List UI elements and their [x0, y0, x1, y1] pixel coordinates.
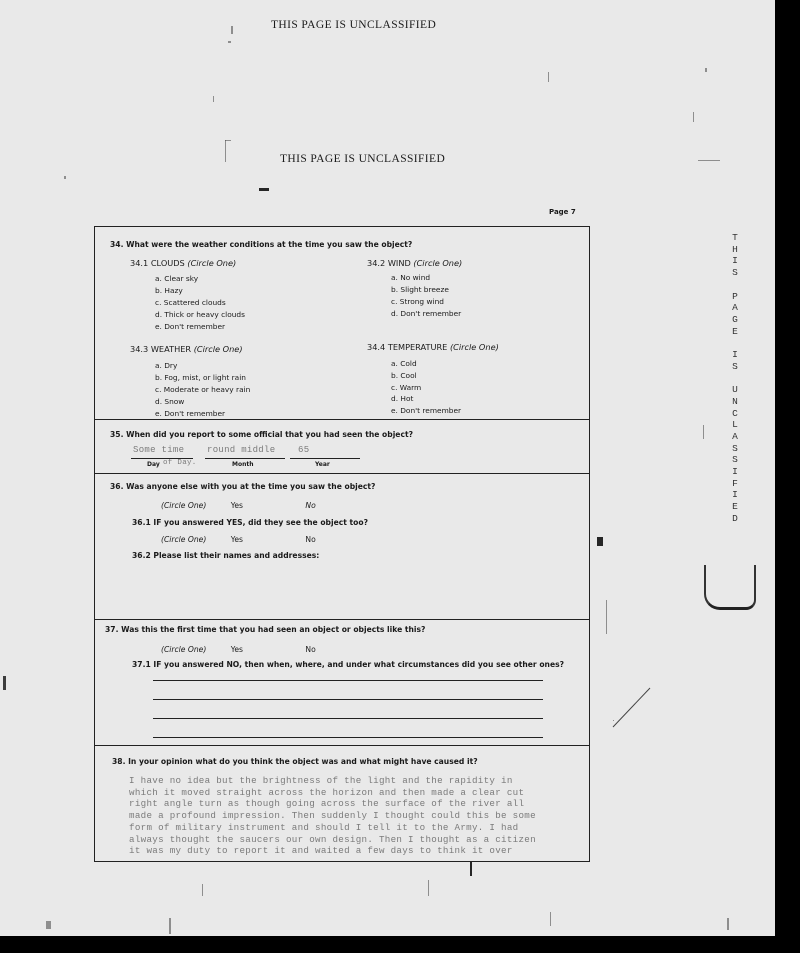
answer-line: right angle turn as though going across … — [129, 798, 536, 810]
weather-option-e[interactable]: e. Don't remember — [155, 409, 225, 418]
wind-option-c[interactable]: c. Strong wind — [391, 297, 444, 306]
weather-option-a[interactable]: a. Dry — [155, 361, 177, 370]
q37-circle-hint: (Circle One) — [161, 645, 206, 654]
q37-yes-option[interactable]: Yes — [231, 645, 243, 654]
answer-line: which it moved straight across the horiz… — [129, 787, 536, 799]
temperature-option-e[interactable]: e. Don't remember — [391, 406, 461, 415]
report-day-value[interactable]: Some time — [133, 445, 184, 455]
classification-banner-middle: THIS PAGE IS UNCLASSIFIED — [280, 153, 445, 165]
temperature-heading: 34.4 TEMPERATURE (Circle One) — [367, 342, 499, 352]
answer-line: form of military instrument and should I… — [129, 822, 536, 834]
classification-banner-top: THIS PAGE IS UNCLASSIFIED — [271, 19, 436, 31]
q36-1-answer-row: (Circle One) Yes No — [161, 535, 316, 544]
temperature-option-c[interactable]: c. Warm — [391, 383, 421, 392]
report-year-value[interactable]: 65 — [298, 445, 309, 455]
divider-34-35 — [95, 419, 589, 420]
pencil-stroke — [610, 685, 655, 730]
month-label: Month — [232, 461, 254, 468]
wind-option-b[interactable]: b. Slight breeze — [391, 285, 449, 294]
question-38: 38. In your opinion what do you think th… — [112, 757, 478, 766]
clouds-option-c[interactable]: c. Scattered clouds — [155, 298, 226, 307]
wind-heading: 34.2 WIND (Circle One) — [367, 258, 462, 268]
weather-option-b[interactable]: b. Fog, mist, or light rain — [155, 373, 246, 382]
question-37: 37. Was this the first time that you had… — [105, 625, 425, 634]
weather-option-d[interactable]: d. Snow — [155, 397, 184, 406]
divider-37-38 — [95, 745, 589, 746]
page-number: Page 7 — [549, 208, 576, 216]
day-handwritten-note: of Day. — [163, 459, 197, 467]
weather-hint: (Circle One) — [194, 344, 243, 354]
divider-36-37 — [95, 619, 589, 620]
question-34: 34. What were the weather conditions at … — [110, 240, 412, 249]
weather-title: 34.3 WEATHER — [130, 344, 191, 354]
question-37-1: 37.1 IF you answered NO, then when, wher… — [132, 660, 564, 669]
answer-line: always thought the saucers our own desig… — [129, 834, 536, 846]
scanned-page: THIS PAGE IS UNCLASSIFIED THIS PAGE IS U… — [0, 0, 775, 936]
answer-line: it was my duty to report it and waited a… — [129, 845, 536, 857]
q36-yes-option[interactable]: Yes — [231, 501, 243, 510]
clouds-option-d[interactable]: d. Thick or heavy clouds — [155, 310, 245, 319]
q38-typed-answer: I have no idea but the brightness of the… — [129, 775, 536, 857]
q37-answer-line-4[interactable] — [153, 737, 543, 738]
margin-classification-text: T H I S P A G E I S U N C L A S S I F I … — [728, 232, 742, 525]
question-36: 36. Was anyone else with you at the time… — [110, 482, 375, 491]
q37-no-option[interactable]: No — [305, 645, 315, 654]
question-35: 35. When did you report to some official… — [110, 430, 413, 439]
questionnaire-form: 34. What were the weather conditions at … — [94, 226, 590, 862]
wind-hint: (Circle One) — [413, 258, 462, 268]
clouds-hint: (Circle One) — [187, 258, 236, 268]
clouds-title: 34.1 CLOUDS — [130, 258, 185, 268]
weather-heading: 34.3 WEATHER (Circle One) — [130, 344, 243, 354]
clouds-option-e[interactable]: e. Don't remember — [155, 322, 225, 331]
q36-1-no-option[interactable]: No — [305, 535, 315, 544]
question-36-1: 36.1 IF you answered YES, did they see t… — [132, 518, 368, 527]
q36-1-yes-option[interactable]: Yes — [231, 535, 243, 544]
answer-line: I have no idea but the brightness of the… — [129, 775, 536, 787]
clouds-option-b[interactable]: b. Hazy — [155, 286, 183, 295]
temperature-option-d[interactable]: d. Hot — [391, 394, 413, 403]
wind-title: 34.2 WIND — [367, 258, 411, 268]
question-36-2: 36.2 Please list their names and address… — [132, 551, 319, 560]
year-label: Year — [315, 461, 330, 468]
temperature-title: 34.4 TEMPERATURE — [367, 342, 447, 352]
q36-answer-row: (Circle One) Yes No — [161, 501, 316, 510]
clouds-heading: 34.1 CLOUDS (Circle One) — [130, 258, 236, 268]
day-label: Day — [147, 461, 160, 468]
temperature-hint: (Circle One) — [450, 342, 499, 352]
wind-option-d[interactable]: d. Don't remember — [391, 309, 461, 318]
divider-35-36 — [95, 473, 589, 474]
margin-bracket-mark — [704, 565, 756, 610]
temperature-option-b[interactable]: b. Cool — [391, 371, 417, 380]
q37-answer-line-2[interactable] — [153, 699, 543, 700]
q37-answer-line-3[interactable] — [153, 718, 543, 719]
answer-line: made a profound impression. Then suddenl… — [129, 810, 536, 822]
wind-option-a[interactable]: a. No wind — [391, 273, 430, 282]
month-underline — [205, 458, 285, 459]
year-underline — [290, 458, 360, 459]
weather-option-c[interactable]: c. Moderate or heavy rain — [155, 385, 250, 394]
q37-answer-row: (Circle One) Yes No — [161, 645, 316, 654]
q36-circle-hint: (Circle One) — [161, 501, 206, 510]
q36-no-option[interactable]: No — [305, 501, 315, 510]
report-month-value[interactable]: round middle — [207, 445, 275, 455]
q37-answer-line-1[interactable] — [153, 680, 543, 681]
q36-1-circle-hint: (Circle One) — [161, 535, 206, 544]
names-addresses-area[interactable] — [125, 565, 575, 615]
temperature-option-a[interactable]: a. Cold — [391, 359, 417, 368]
clouds-option-a[interactable]: a. Clear sky — [155, 274, 198, 283]
